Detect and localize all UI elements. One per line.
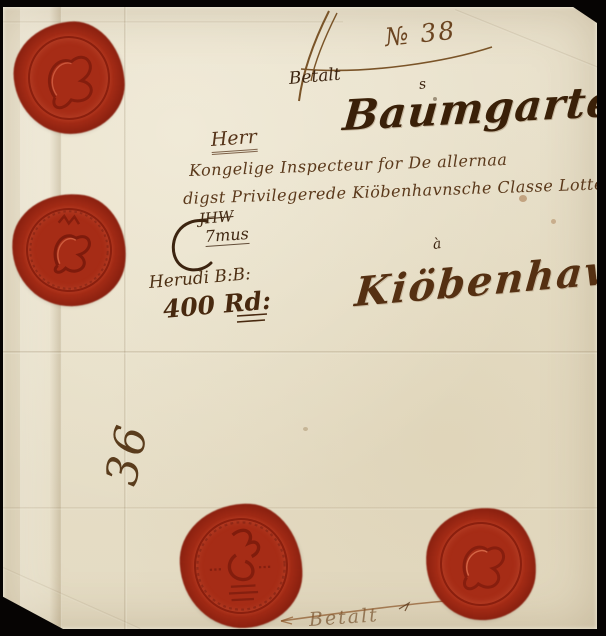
paper-stain xyxy=(551,219,556,224)
seal-cypher-icon xyxy=(14,195,125,304)
wax-seal-bottom-center xyxy=(182,506,300,626)
paper-stain xyxy=(303,427,308,431)
small-mark-mid: à xyxy=(432,236,443,253)
scan-frame-bottom xyxy=(0,629,606,636)
destination-city: Kiöbenhavn xyxy=(353,244,606,317)
letter-paper: № 38 Betalt s Baumgarten Herr Kongelige … xyxy=(3,7,597,629)
fold-crease-corner xyxy=(455,9,604,71)
number-mark: № 38 xyxy=(383,16,457,52)
seal-cypher-icon xyxy=(182,506,300,626)
corner-cut-top-right xyxy=(563,7,597,23)
wax-seal-top-left xyxy=(14,22,124,134)
recipient-name: Baumgarten xyxy=(341,75,606,140)
scan-frame-right xyxy=(597,0,606,636)
scan-frame-left xyxy=(0,0,3,636)
paraph-mark: 7mus xyxy=(204,224,249,247)
fold-crease-middle xyxy=(3,351,597,354)
fold-crease-lower xyxy=(3,507,597,510)
contents-line-2: 400 Rd: xyxy=(162,286,272,324)
seal-cypher-icon xyxy=(14,22,124,134)
title-line-1: Kongelige Inspecteur for De allernaa xyxy=(189,150,508,180)
salutation: Herr xyxy=(210,126,258,155)
wax-seal-left-middle xyxy=(14,195,125,304)
title-line-2: digst Privilegerede Kiöbenhavnsche Class… xyxy=(183,173,606,208)
bottom-inscription: Betalt xyxy=(308,604,379,631)
archival-number: 36 xyxy=(96,419,159,490)
wax-seal-bottom-right xyxy=(429,511,532,616)
fold-crease-vertical xyxy=(124,7,127,629)
paid-mark: Betalt xyxy=(288,65,341,89)
scan-frame-top xyxy=(0,0,606,7)
seal-cypher-icon xyxy=(429,511,532,616)
